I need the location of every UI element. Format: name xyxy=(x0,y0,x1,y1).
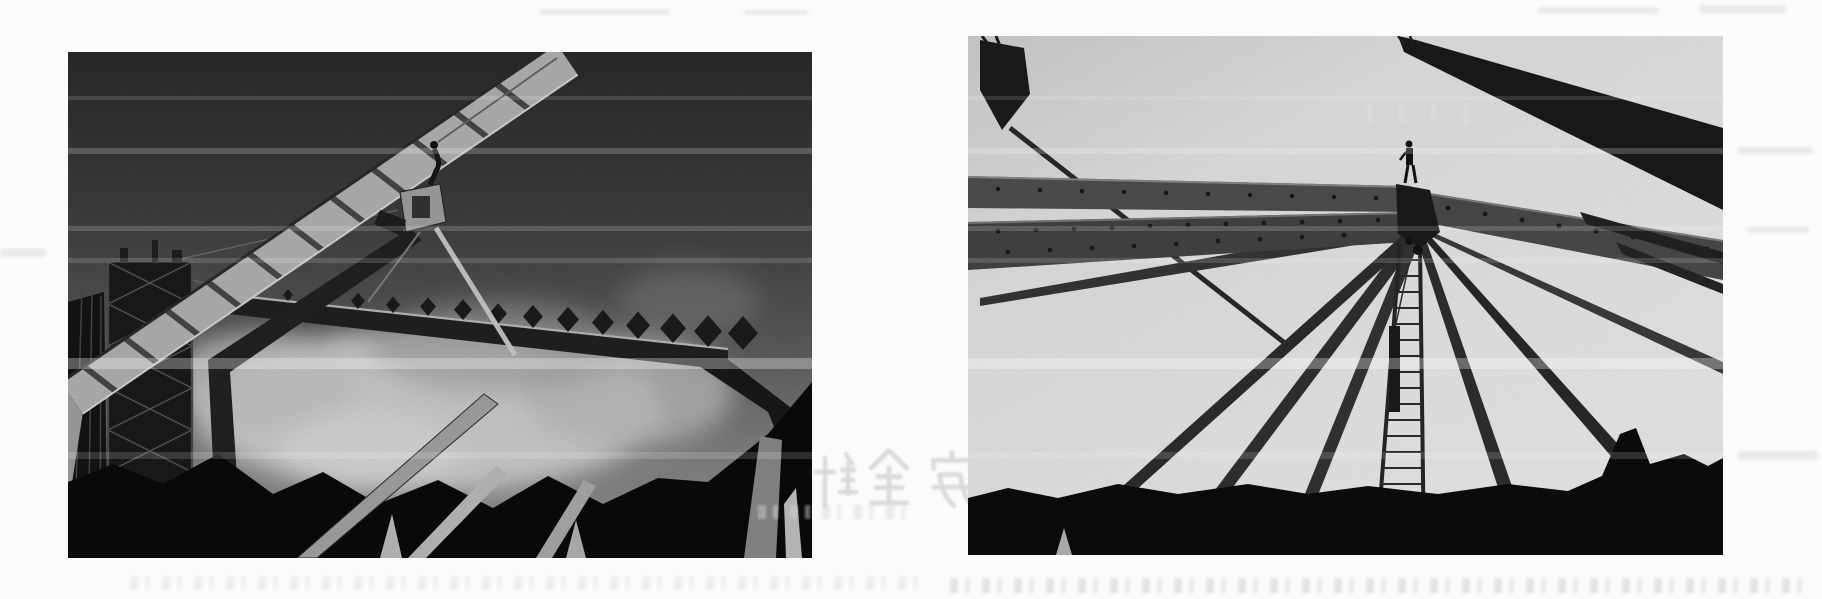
right-construction-photo xyxy=(968,36,1723,555)
bleed-smudge xyxy=(1747,227,1809,233)
bleed-char-zhen: 针 xyxy=(812,450,860,514)
scan-band xyxy=(0,8,1822,12)
bleed-char-quan: 全 xyxy=(860,446,918,516)
film-grain-overlay xyxy=(968,36,1723,555)
bleed-smudge xyxy=(1738,451,1818,460)
girder-lift-photo-canvas xyxy=(68,52,812,558)
bleed-char-an: 安 xyxy=(924,450,968,516)
film-grain-overlay xyxy=(68,52,812,558)
bleed-smudge xyxy=(540,9,670,15)
bleed-smudge xyxy=(744,10,808,15)
scanned-book-page: { "page": { "width": 1822, "height": 599… xyxy=(0,0,1822,599)
radial-beams-photo-canvas xyxy=(968,36,1723,555)
bleed-smudge xyxy=(1538,7,1658,14)
bleed-text-row-bottom-right xyxy=(950,578,1810,593)
bleed-text-row-bottom-left xyxy=(130,576,930,590)
bleed-smudge xyxy=(1700,5,1786,13)
bleed-smudge xyxy=(1737,147,1813,154)
bleed-smudge xyxy=(0,249,46,257)
bleed-char-an-clip: 安 xyxy=(924,450,968,520)
left-construction-photo xyxy=(68,52,812,558)
